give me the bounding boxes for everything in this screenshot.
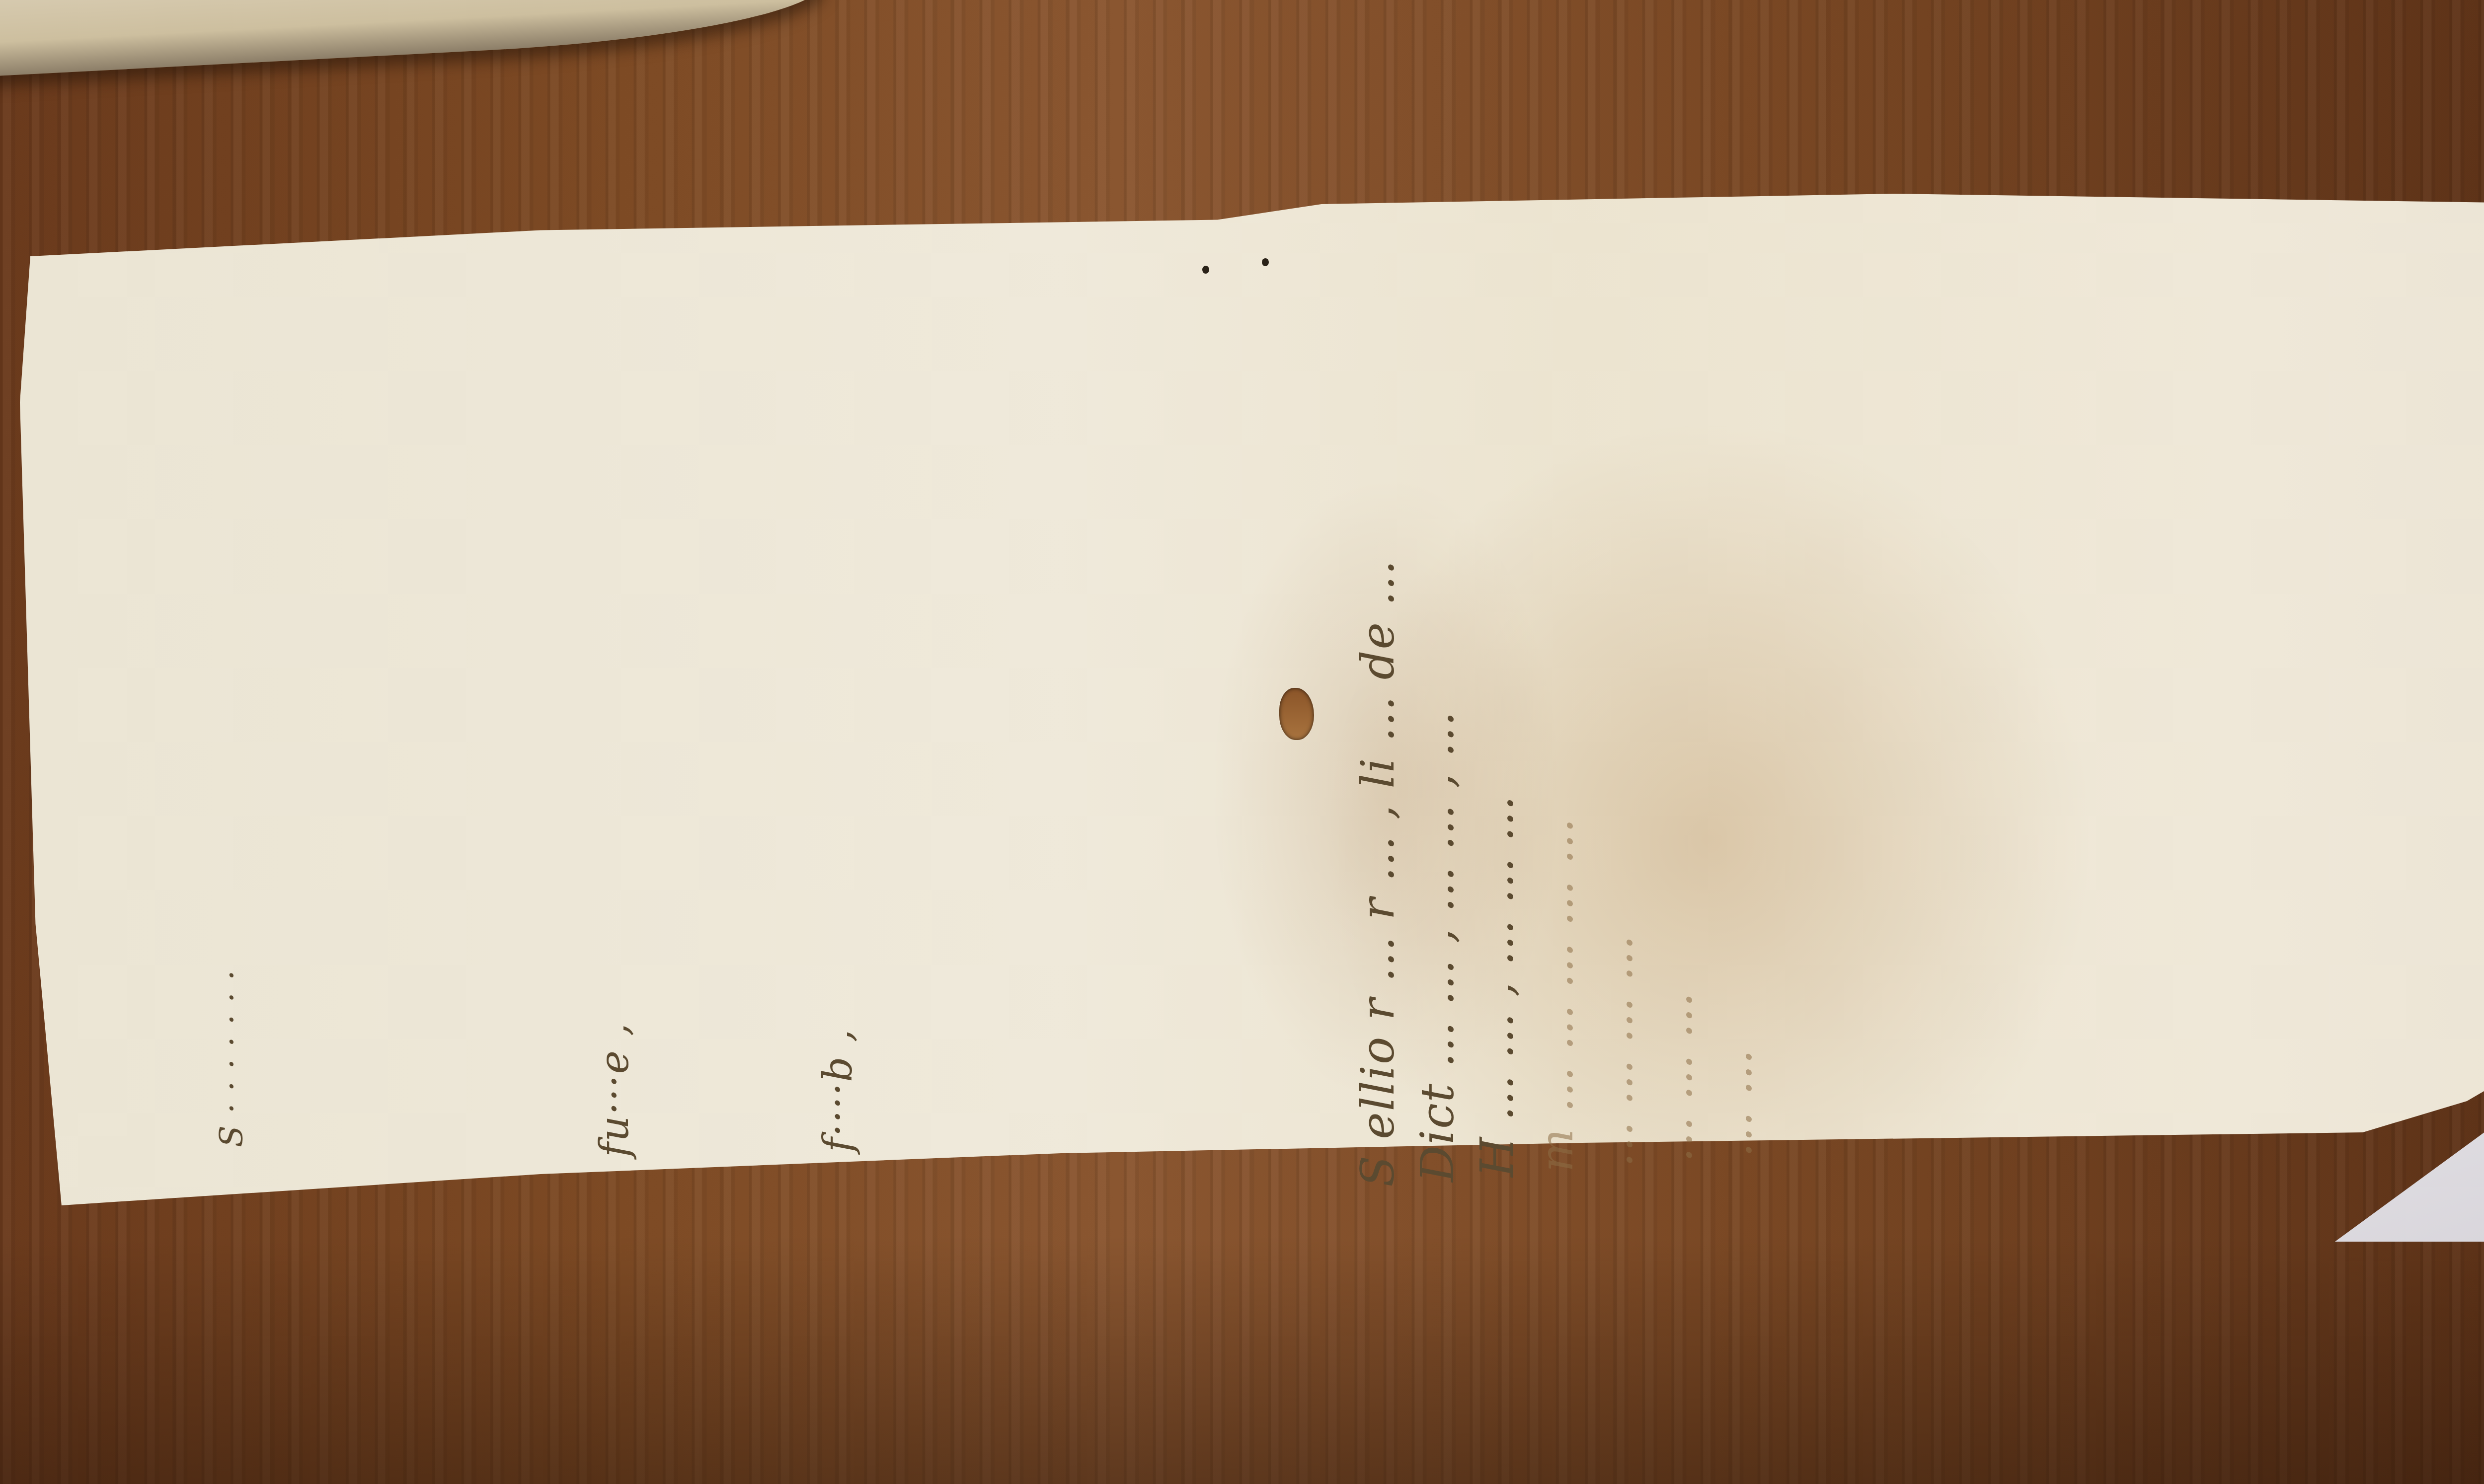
text-line: H ... ... , ... ... ... bbox=[1471, 795, 1524, 1177]
text-line: ... ... ... bbox=[1649, 991, 1703, 1162]
margin-note-middle: fu···e , bbox=[591, 1022, 637, 1157]
ink-speck bbox=[1262, 258, 1269, 266]
margin-note-bottom: f····b , bbox=[815, 1029, 861, 1152]
stacked-paper-edge bbox=[0, 0, 826, 76]
text-line: m ... ... ... ... ... bbox=[1530, 817, 1583, 1172]
manuscript-leaf bbox=[20, 194, 2484, 1237]
margin-note-top: S · · · · · · · bbox=[214, 969, 250, 1147]
ink-speck bbox=[1202, 266, 1209, 274]
text-line: ... ... bbox=[1709, 1048, 1762, 1157]
text-line: ... ... ... ... bbox=[1590, 934, 1643, 1167]
wooden-table-surface bbox=[0, 1236, 2484, 1484]
text-line: S ellio r ... r ... , li ... de ... bbox=[1351, 559, 1404, 1187]
text-line: Dict ... ... , ... ... , ... bbox=[1411, 710, 1464, 1182]
worm-hole bbox=[1279, 688, 1314, 740]
